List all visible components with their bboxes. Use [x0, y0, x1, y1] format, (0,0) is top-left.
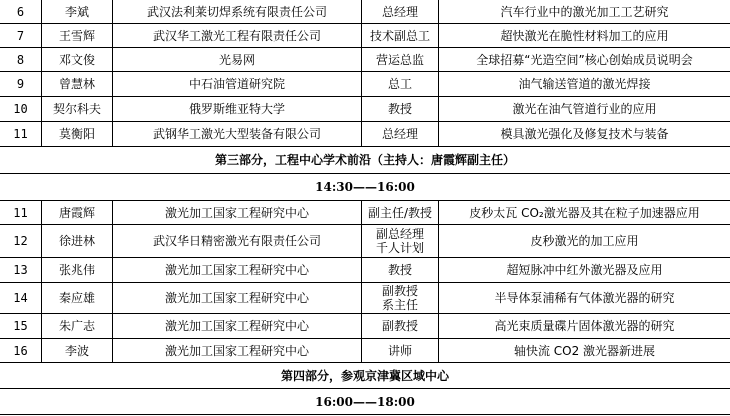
position: 讲师 — [362, 339, 439, 363]
topic: 模具激光强化及修复技术与装备 — [439, 122, 730, 147]
topic: 激光在油气管道行业的应用 — [439, 97, 730, 122]
organization: 俄罗斯维亚特大学 — [113, 97, 362, 122]
topic: 油气输送管道的激光焊接 — [439, 72, 730, 97]
table-row: 6 李斌 武汉法利莱切焊系统有限责任公司 总经理 汽车行业中的激光加工工艺研究 — [0, 0, 730, 24]
section-time: 16:00——18:00 — [0, 389, 730, 415]
table-row: 14 秦应雄 激光加工国家工程研究中心 副教授系主任 半导体泵浦稀有气体激光器的… — [0, 283, 730, 314]
speaker-name: 契尔科夫 — [42, 97, 113, 122]
row-number: 7 — [0, 24, 42, 48]
schedule-table: 6 李斌 武汉法利莱切焊系统有限责任公司 总经理 汽车行业中的激光加工工艺研究 … — [0, 0, 730, 415]
position: 教授 — [362, 97, 439, 122]
row-number: 12 — [0, 225, 42, 258]
table-row: 16 李波 激光加工国家工程研究中心 讲师 轴快流 CO2 激光器新进展 — [0, 339, 730, 363]
table-row: 15 朱广志 激光加工国家工程研究中心 副教授 高光束质量碟片固体激光器的研究 — [0, 314, 730, 339]
section-time-row: 16:00——18:00 — [0, 389, 730, 415]
row-number: 15 — [0, 314, 42, 339]
section-header-row: 第四部分，参观京津冀区域中心 — [0, 363, 730, 389]
topic: 皮秒太瓦 CO₂激光器及其在粒子加速器应用 — [439, 201, 730, 225]
organization: 武钢华工激光大型装备有限公司 — [113, 122, 362, 147]
topic: 轴快流 CO2 激光器新进展 — [439, 339, 730, 363]
topic: 超快激光在脆性材料加工的应用 — [439, 24, 730, 48]
section-header-row: 第三部分，工程中心学术前沿（主持人：唐霞辉副主任） — [0, 147, 730, 174]
speaker-name: 莫衡阳 — [42, 122, 113, 147]
topic: 皮秒激光的加工应用 — [439, 225, 730, 258]
speaker-name: 邓文俊 — [42, 48, 113, 72]
organization: 激光加工国家工程研究中心 — [113, 283, 362, 314]
speaker-name: 曾慧林 — [42, 72, 113, 97]
organization: 光易网 — [113, 48, 362, 72]
row-number: 8 — [0, 48, 42, 72]
table-row: 10 契尔科夫 俄罗斯维亚特大学 教授 激光在油气管道行业的应用 — [0, 97, 730, 122]
table-row: 7 王雪辉 武汉华工激光工程有限责任公司 技术副总工 超快激光在脆性材料加工的应… — [0, 24, 730, 48]
row-number: 9 — [0, 72, 42, 97]
speaker-name: 徐进林 — [42, 225, 113, 258]
table-row: 9 曾慧林 中石油管道研究院 总工 油气输送管道的激光焊接 — [0, 72, 730, 97]
position: 营运总监 — [362, 48, 439, 72]
speaker-name: 王雪辉 — [42, 24, 113, 48]
table-row: 11 莫衡阳 武钢华工激光大型装备有限公司 总经理 模具激光强化及修复技术与装备 — [0, 122, 730, 147]
position: 副总经理千人计划 — [362, 225, 439, 258]
organization: 激光加工国家工程研究中心 — [113, 201, 362, 225]
row-number: 14 — [0, 283, 42, 314]
topic: 高光束质量碟片固体激光器的研究 — [439, 314, 730, 339]
topic: 半导体泵浦稀有气体激光器的研究 — [439, 283, 730, 314]
table-row: 13 张兆伟 激光加工国家工程研究中心 教授 超短脉冲中红外激光器及应用 — [0, 258, 730, 283]
topic: 全球招募“光造空间”核心创始成员说明会 — [439, 48, 730, 72]
speaker-name: 秦应雄 — [42, 283, 113, 314]
row-number: 11 — [0, 201, 42, 225]
organization: 武汉华日精密激光有限责任公司 — [113, 225, 362, 258]
organization: 中石油管道研究院 — [113, 72, 362, 97]
organization: 武汉法利莱切焊系统有限责任公司 — [113, 0, 362, 24]
speaker-name: 朱广志 — [42, 314, 113, 339]
position: 教授 — [362, 258, 439, 283]
position: 副教授系主任 — [362, 283, 439, 314]
position: 总经理 — [362, 122, 439, 147]
organization: 激光加工国家工程研究中心 — [113, 339, 362, 363]
section-title: 第三部分，工程中心学术前沿（主持人：唐霞辉副主任） — [0, 147, 730, 174]
position: 副教授 — [362, 314, 439, 339]
position: 总经理 — [362, 0, 439, 24]
row-number: 6 — [0, 0, 42, 24]
topic: 超短脉冲中红外激光器及应用 — [439, 258, 730, 283]
speaker-name: 李波 — [42, 339, 113, 363]
position: 技术副总工 — [362, 24, 439, 48]
table-row: 8 邓文俊 光易网 营运总监 全球招募“光造空间”核心创始成员说明会 — [0, 48, 730, 72]
section-time: 14:30——16:00 — [0, 174, 730, 201]
speaker-name: 李斌 — [42, 0, 113, 24]
row-number: 10 — [0, 97, 42, 122]
organization: 激光加工国家工程研究中心 — [113, 258, 362, 283]
speaker-name: 张兆伟 — [42, 258, 113, 283]
position: 副主任/教授 — [362, 201, 439, 225]
table-row: 11 唐霞辉 激光加工国家工程研究中心 副主任/教授 皮秒太瓦 CO₂激光器及其… — [0, 201, 730, 225]
organization: 武汉华工激光工程有限责任公司 — [113, 24, 362, 48]
organization: 激光加工国家工程研究中心 — [113, 314, 362, 339]
section-title: 第四部分，参观京津冀区域中心 — [0, 363, 730, 389]
position: 总工 — [362, 72, 439, 97]
row-number: 16 — [0, 339, 42, 363]
row-number: 13 — [0, 258, 42, 283]
speaker-name: 唐霞辉 — [42, 201, 113, 225]
section-time-row: 14:30——16:00 — [0, 174, 730, 201]
topic: 汽车行业中的激光加工工艺研究 — [439, 0, 730, 24]
row-number: 11 — [0, 122, 42, 147]
table-row: 12 徐进林 武汉华日精密激光有限责任公司 副总经理千人计划 皮秒激光的加工应用 — [0, 225, 730, 258]
